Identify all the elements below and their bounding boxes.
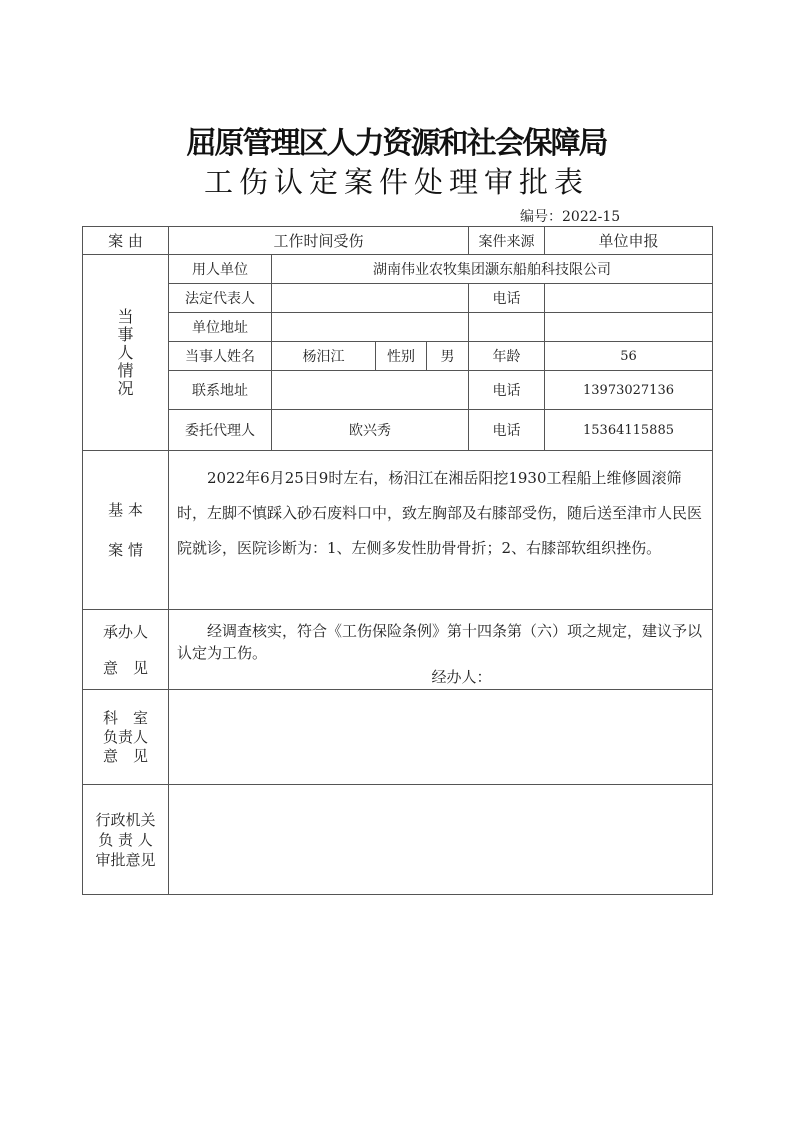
section-head-label: 科 室 负责人 意 见: [83, 690, 169, 785]
gender-value: 男: [427, 342, 469, 371]
legal-rep-value: [272, 284, 469, 313]
basic-case-label: 基 本 案 情: [83, 451, 169, 610]
handler-opinion-text: 经调查核实，符合《工伤保险条例》第十四条第（六）项之规定，建议予以认定为工伤。: [177, 620, 706, 664]
agent-row: 委托代理人 欧兴秀 电话 15364115885: [83, 410, 713, 451]
case-source-label: 案件来源: [469, 227, 545, 255]
party-section-label: 当事人情况: [83, 255, 169, 451]
contact-phone-value: 13973027136: [545, 371, 713, 410]
contact-address-value: [272, 371, 469, 410]
contact-phone-label: 电话: [469, 371, 545, 410]
legal-rep-row: 法定代表人 电话: [83, 284, 713, 313]
agent-phone-label: 电话: [469, 410, 545, 451]
agent-value: 欧兴秀: [272, 410, 469, 451]
agency-head-label: 行政机关 负 责 人 审批意见: [83, 785, 169, 895]
case-cause-value: 工作时间受伤: [169, 227, 469, 255]
employer-row: 当事人情况 用人单位 湖南伟业农牧集团灏东船舶科技限公司: [83, 255, 713, 284]
party-name-row: 当事人姓名 杨汨江 性别 男 年龄 56: [83, 342, 713, 371]
form-title: 工伤认定案件处理审批表: [0, 160, 793, 201]
legal-rep-phone-value: [545, 284, 713, 313]
agent-label: 委托代理人: [169, 410, 272, 451]
case-row: 案 由 工作时间受伤 案件来源 单位申报: [83, 227, 713, 255]
basic-case-row: 基 本 案 情 2022年6月25日9时左右，杨汨江在湘岳阳挖1930工程船上维…: [83, 451, 713, 610]
handler-opinion-row: 承办人 意 见 经调查核实，符合《工伤保险条例》第十四条第（六）项之规定，建议予…: [83, 610, 713, 690]
gender-label: 性别: [376, 342, 427, 371]
address-row: 单位地址: [83, 313, 713, 342]
doc-number-label: 编号：: [520, 209, 562, 225]
contact-address-label: 联系地址: [169, 371, 272, 410]
age-label: 年龄: [469, 342, 545, 371]
address-label: 单位地址: [169, 313, 272, 342]
handler-opinion-cell: 经调查核实，符合《工伤保险条例》第十四条第（六）项之规定，建议予以认定为工伤。 …: [169, 610, 713, 690]
doc-number: 编号：2022-15: [520, 206, 620, 226]
section-head-row: 科 室 负责人 意 见: [83, 690, 713, 785]
party-name-label: 当事人姓名: [169, 342, 272, 371]
employer-label: 用人单位: [169, 255, 272, 284]
agent-phone-value: 15364115885: [545, 410, 713, 451]
approval-form-table: 案 由 工作时间受伤 案件来源 单位申报 当事人情况 用人单位 湖南伟业农牧集团…: [82, 226, 713, 895]
case-cause-label: 案 由: [83, 227, 169, 255]
legal-rep-label: 法定代表人: [169, 284, 272, 313]
section-head-opinion-field[interactable]: [169, 690, 713, 785]
address-value: [272, 313, 469, 342]
age-value: 56: [545, 342, 713, 371]
agency-head-approval-field[interactable]: [169, 785, 713, 895]
employer-value: 湖南伟业农牧集团灏东船舶科技限公司: [272, 255, 713, 284]
party-name-value: 杨汨江: [272, 342, 376, 371]
contact-address-row: 联系地址 电话 13973027136: [83, 371, 713, 410]
address-extra-value: [545, 313, 713, 342]
doc-number-value: 2022-15: [562, 209, 620, 225]
legal-rep-phone-label: 电话: [469, 284, 545, 313]
handler-signature-label: 经办人：: [177, 666, 706, 688]
agency-title: 屈原管理区人力资源和社会保障局: [0, 118, 793, 162]
agency-head-row: 行政机关 负 责 人 审批意见: [83, 785, 713, 895]
handler-opinion-label: 承办人 意 见: [83, 610, 169, 690]
address-extra-label: [469, 313, 545, 342]
case-source-value: 单位申报: [545, 227, 713, 255]
basic-case-text: 2022年6月25日9时左右，杨汨江在湘岳阳挖1930工程船上维修圆滚筛时，左脚…: [169, 451, 713, 610]
